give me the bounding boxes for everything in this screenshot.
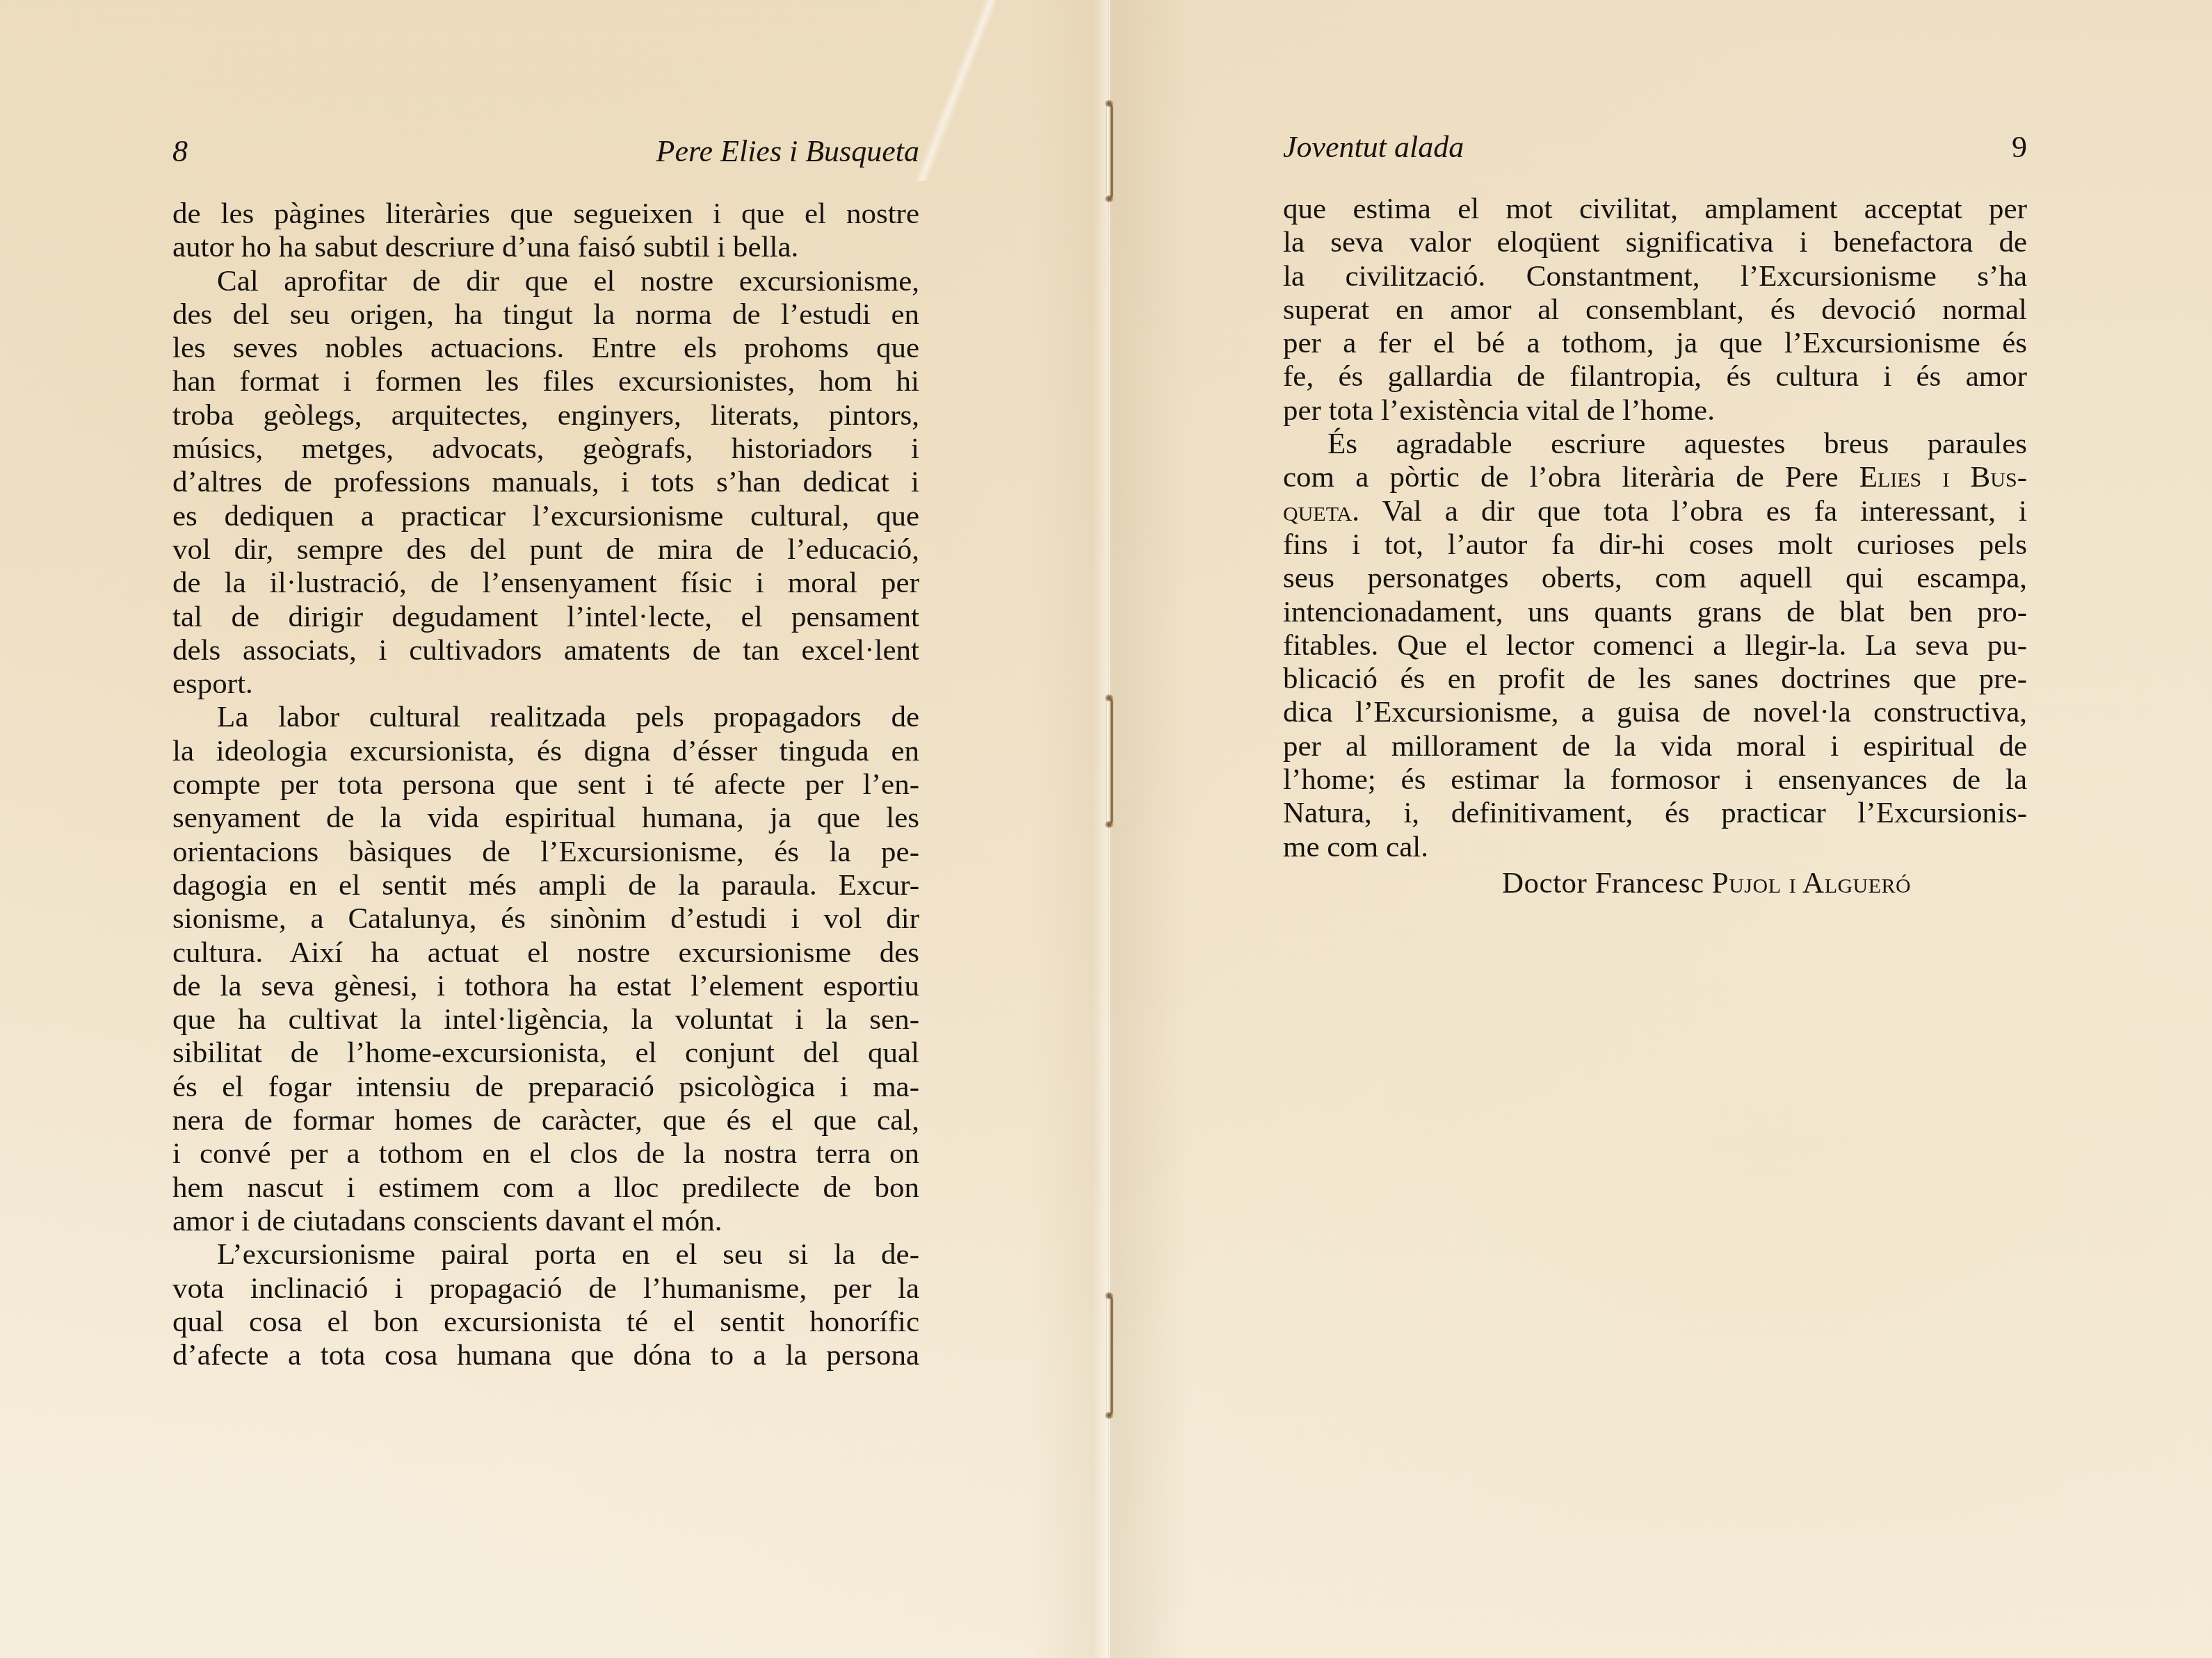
text-line: dagogia en el sentit més ampli de la par… [172, 869, 919, 902]
text-line: nera de formar homes de caràcter, que és… [172, 1104, 919, 1137]
text-line: És agradable escriure aquestes breus par… [1283, 428, 2027, 461]
text-line: esport. [172, 667, 919, 701]
text-line: me com cal. [1283, 831, 2027, 864]
text-line: es dediquen a practicar l’excursionisme … [172, 500, 919, 533]
text-line: fitables. Que el lector comenci a llegir… [1283, 629, 2027, 663]
text-line: que estima el mot civilitat, amplament a… [1283, 193, 2027, 226]
text-line: dica l’Excursionisme, a guisa de novel·l… [1283, 696, 2027, 729]
text-line: l’home; és estimar la formosor i ensenya… [1283, 763, 2027, 797]
text-line: fe, és gallardia de filantropia, és cult… [1283, 360, 2027, 393]
signature-prefix: Doctor Francesc [1502, 867, 1712, 900]
text-line: per tota l’existència vital de l’home. [1283, 394, 2027, 428]
text-line: troba geòlegs, arquitectes, enginyers, l… [172, 399, 919, 432]
text-line: orientacions bàsiques de l’Excursionisme… [172, 836, 919, 869]
text-line: de les pàgines literàries que segueixen … [172, 197, 919, 231]
text-line: de la il·lustració, de l’ensenyament fís… [172, 567, 919, 600]
text-line: Cal aprofitar de dir que el nostre excur… [172, 265, 919, 298]
text-line: sibilitat de l’home-excursionista, el co… [172, 1037, 919, 1070]
text-line: Natura, i, definitivament, és practicar … [1283, 797, 2027, 830]
text-line: les seves nobles actuacions. Entre els p… [172, 332, 919, 365]
running-head-title: Joventut alada [1283, 132, 1464, 163]
text-line: cultura. Així ha actuat el nostre excurs… [172, 936, 919, 970]
text-line: seus personatges oberts, com aquell qui … [1283, 562, 2027, 595]
text-line: com a pòrtic de l’obra literària de Pere… [1283, 461, 2027, 494]
text-line: per al millorament de la vida moral i es… [1283, 730, 2027, 763]
text-line: senyament de la vida espiritual humana, … [172, 802, 919, 835]
text-line: d’altres de professions manuals, i tots … [172, 466, 919, 499]
text-line: des del seu origen, ha tingut la norma d… [172, 298, 919, 332]
text-line: autor ho ha sabut descriure d’una faisó … [172, 231, 919, 264]
text-line: i convé per a tothom en el clos de la no… [172, 1137, 919, 1171]
text-line: qual cosa el bon excursionista té el sen… [172, 1306, 919, 1339]
page-number-right: 9 [2012, 132, 2027, 163]
text-line: la seva valor eloqüent significativa i b… [1283, 226, 2027, 259]
text-line: dels associats, i cultivadors amatents d… [172, 634, 919, 667]
text-line: sionisme, a Catalunya, és sinònim d’estu… [172, 902, 919, 936]
text-line: per a fer el bé a tothom, ja que l’Excur… [1283, 327, 2027, 360]
text-line: intencionadament, uns quants grans de bl… [1283, 596, 2027, 629]
text-line: L’excursionisme pairal porta en el seu s… [172, 1238, 919, 1271]
text-line: que ha cultivat la intel·ligència, la vo… [172, 1003, 919, 1037]
text-line: superat en amor al consemblant, és devoc… [1283, 293, 2027, 327]
text-line: tal de dirigir degudament l’intel·lecte,… [172, 601, 919, 634]
text-line: és el fogar intensiu de preparació psico… [172, 1071, 919, 1104]
text-line: la civilització. Constantment, l’Excursi… [1283, 260, 2027, 293]
running-head-author: Pere Elies i Busqueta [656, 136, 919, 167]
text-line: fins i tot, l’autor fa dir-hi coses molt… [1283, 528, 2027, 562]
text-line: vota inclinació i propagació de l’humani… [172, 1272, 919, 1306]
book-spread: 8 Pere Elies i Busqueta de les pàgines l… [0, 0, 2212, 1658]
text-line: compte per tota persona que sent i té af… [172, 768, 919, 802]
text-line: de la seva gènesi, i tothora ha estat l’… [172, 970, 919, 1003]
text-line: hem nascut i estimem com a lloc predilec… [172, 1171, 919, 1205]
signature-surname: Pujol i Algueró [1712, 867, 1912, 900]
left-page-body: de les pàgines literàries que segueixen … [172, 197, 919, 1372]
signature: Doctor Francesc Pujol i Algueró [1502, 867, 1911, 900]
page-number-left: 8 [172, 136, 188, 167]
text-line: vol dir, sempre des del punt de mira de … [172, 533, 919, 567]
text-line: amor i de ciutadans conscients davant el… [172, 1205, 919, 1238]
text-line: blicació és en profit de les sanes doctr… [1283, 663, 2027, 696]
text-line: músics, metges, advocats, geògrafs, hist… [172, 432, 919, 466]
right-page-body: que estima el mot civilitat, amplament a… [1283, 193, 2027, 864]
text-line: La labor cultural realitzada pels propag… [172, 701, 919, 734]
text-line: han format i formen les files excursioni… [172, 365, 919, 398]
text-line: la ideologia excursionista, és digna d’é… [172, 735, 919, 768]
text-line: d’afecte a tota cosa humana que dóna to … [172, 1339, 919, 1372]
text-line: queta. Val a dir que tota l’obra es fa i… [1283, 495, 2027, 528]
